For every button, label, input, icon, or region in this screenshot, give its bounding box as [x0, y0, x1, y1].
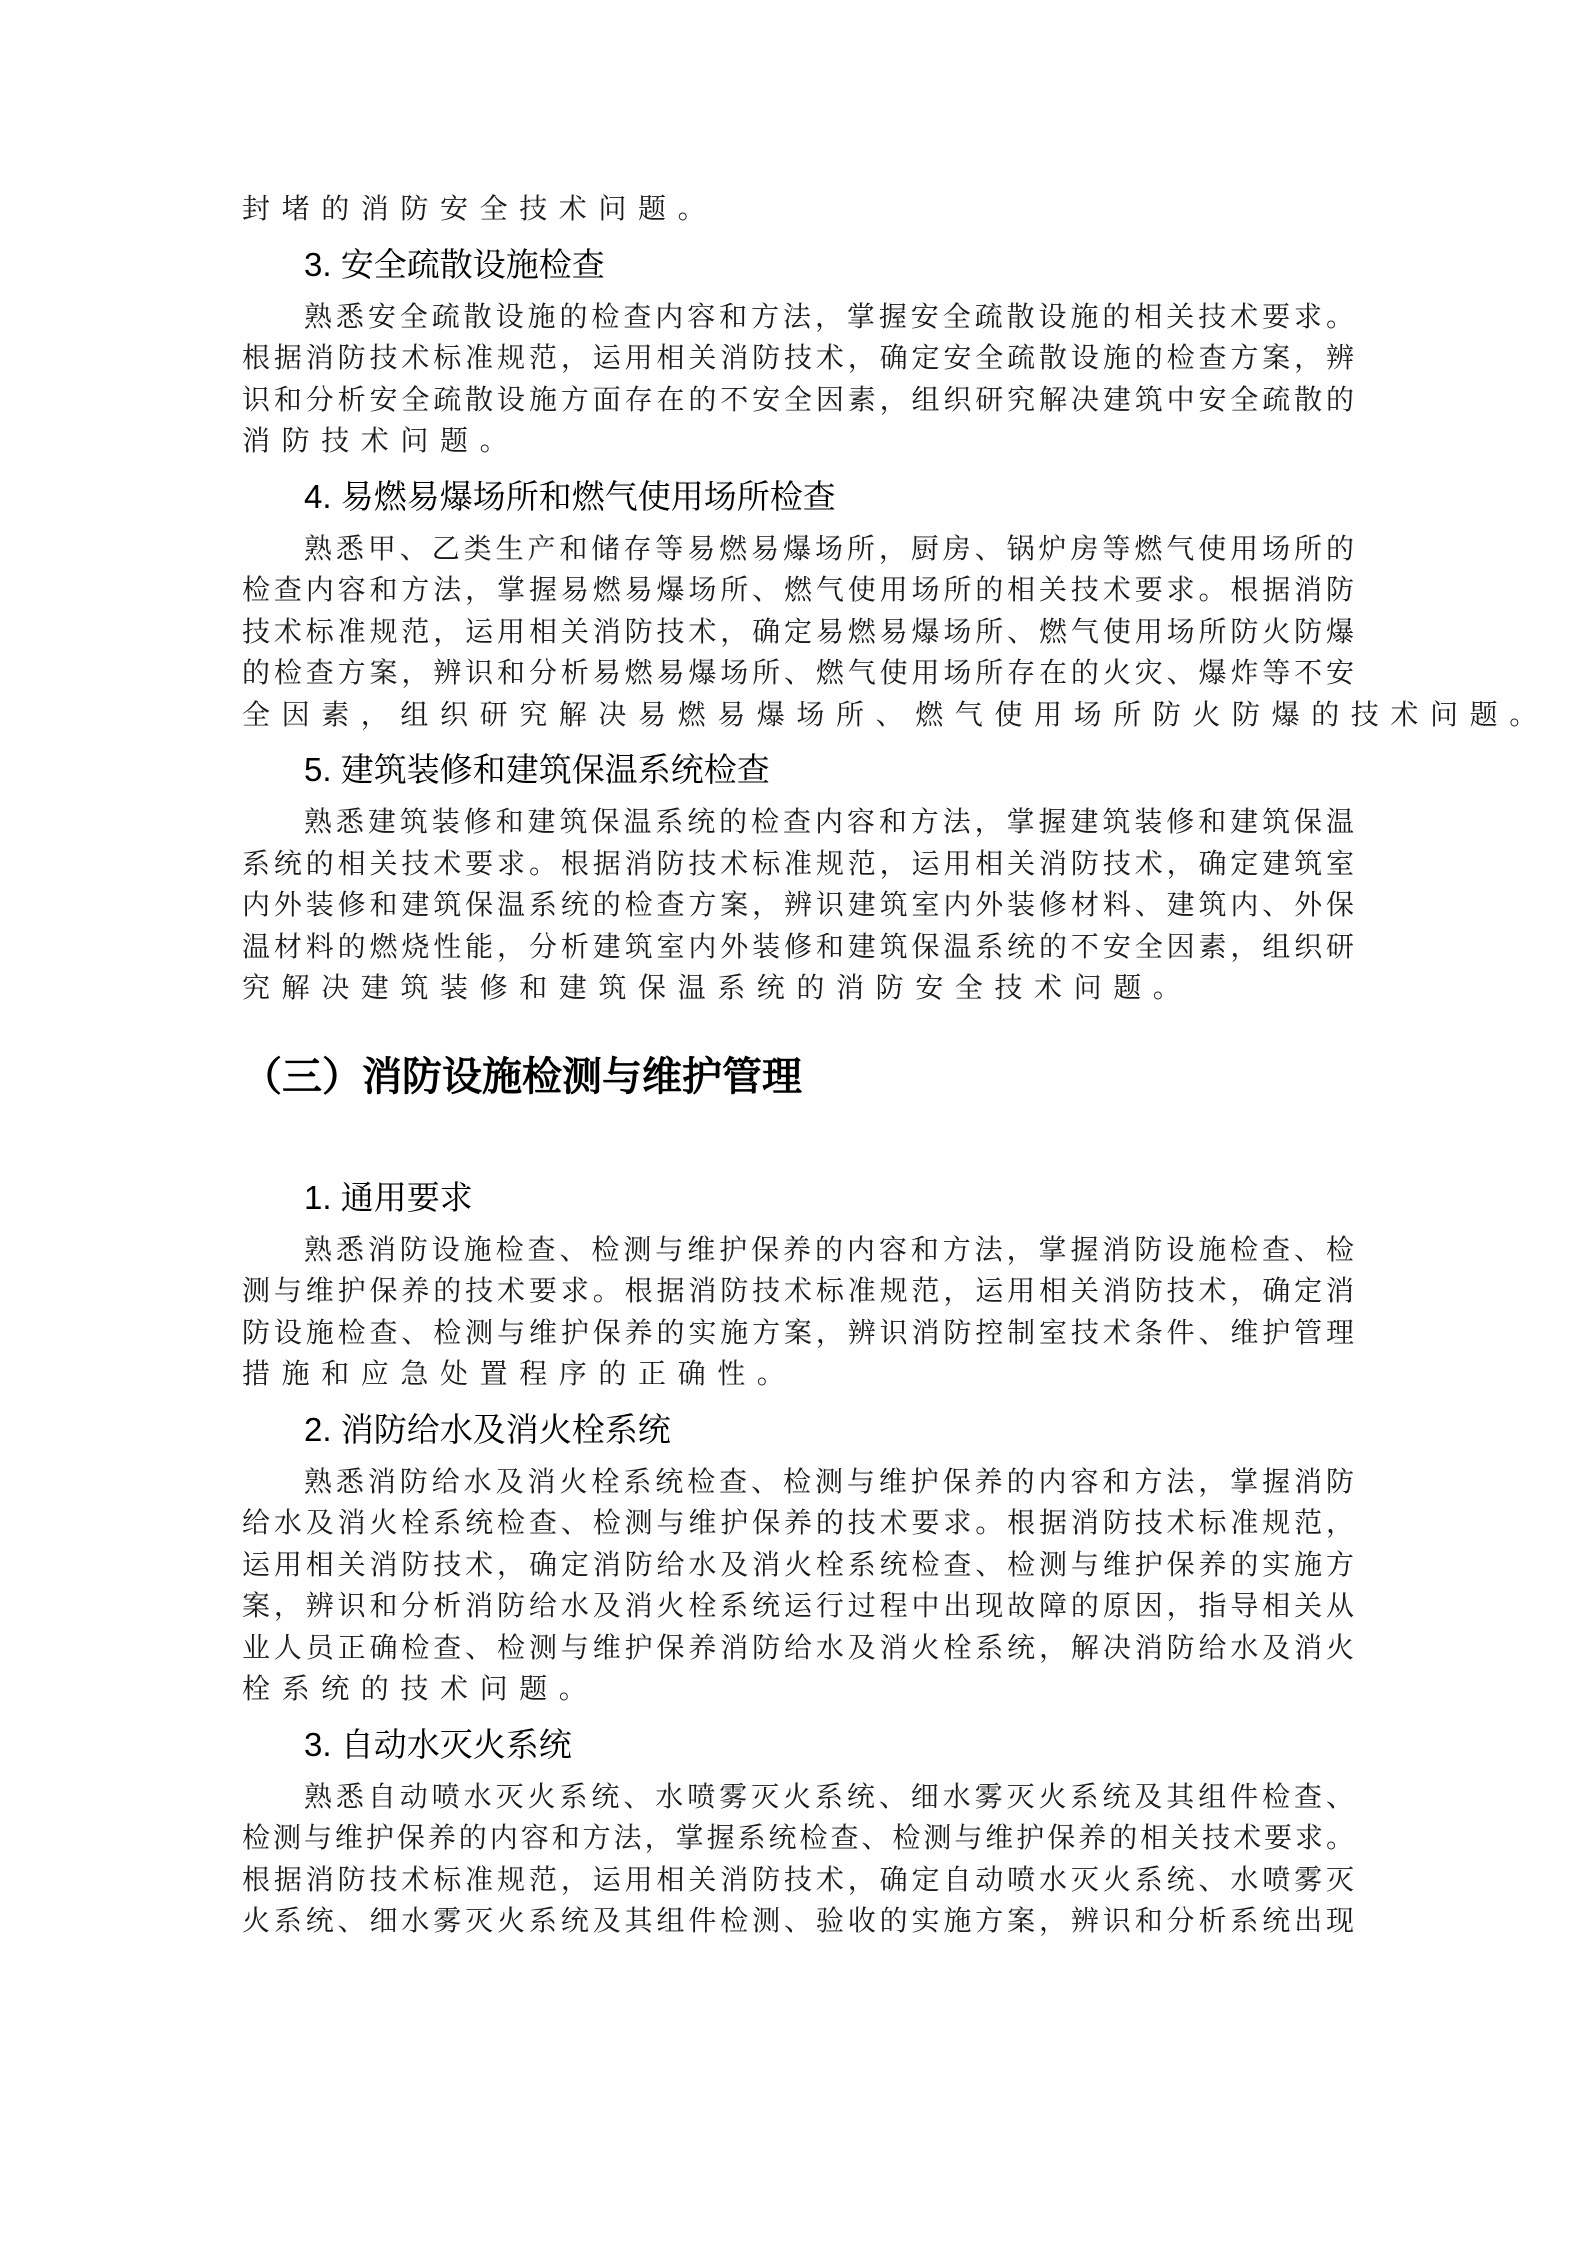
- paragraph-line: 检测与维护保养的内容和方法，掌握系统检查、检测与维护保养的相关技术要求。: [242, 1817, 1354, 1859]
- paragraph-line: 熟悉消防设施检查、检测与维护保养的内容和方法，掌握消防设施检查、检: [242, 1229, 1354, 1271]
- paragraph-line: 运用相关消防技术，确定消防给水及消火栓系统检查、检测与维护保养的实施方: [242, 1544, 1354, 1586]
- subsection-heading: 1. 通用要求: [242, 1175, 1354, 1221]
- paragraph-line: 内外装修和建筑保温系统的检查方案，辨识建筑室内外装修材料、建筑内、外保: [242, 884, 1354, 926]
- spacer: [242, 1105, 1354, 1163]
- body-paragraph: 熟悉安全疏散设施的检查内容和方法，掌握安全疏散设施的相关技术要求。 根据消防技术…: [242, 296, 1354, 462]
- paragraph-line: 消防技术问题。: [242, 420, 1354, 462]
- body-paragraph: 熟悉消防给水及消火栓系统检查、检测与维护保养的内容和方法，掌握消防 给水及消火栓…: [242, 1461, 1354, 1710]
- paragraph-line: 的检查方案，辨识和分析易燃易爆场所、燃气使用场所存在的火灾、爆炸等不安: [242, 652, 1354, 694]
- subsection-heading: 4. 易燃易爆场所和燃气使用场所检查: [242, 474, 1354, 520]
- continuation-paragraph: 封堵的消防安全技术问题。: [242, 188, 1354, 230]
- paragraph-line: 熟悉安全疏散设施的检查内容和方法，掌握安全疏散设施的相关技术要求。: [242, 296, 1354, 338]
- paragraph-line: 测与维护保养的技术要求。根据消防技术标准规范，运用相关消防技术，确定消: [242, 1270, 1354, 1312]
- subsection-heading: 3. 安全疏散设施检查: [242, 242, 1354, 288]
- subsection-heading: 2. 消防给水及消火栓系统: [242, 1407, 1354, 1453]
- paragraph-line: 措施和应急处置程序的正确性。: [242, 1353, 1354, 1395]
- subsection-heading: 5. 建筑装修和建筑保温系统检查: [242, 747, 1354, 793]
- paragraph-line: 根据消防技术标准规范，运用相关消防技术，确定安全疏散设施的检查方案，辨: [242, 337, 1354, 379]
- paragraph-line: 业人员正确检查、检测与维护保养消防给水及消火栓系统，解决消防给水及消火: [242, 1627, 1354, 1669]
- paragraph-line: 栓系统的技术问题。: [242, 1668, 1354, 1710]
- paragraph-line: 案，辨识和分析消防给水及消火栓系统运行过程中出现故障的原因，指导相关从: [242, 1585, 1354, 1627]
- paragraph-line: 根据消防技术标准规范，运用相关消防技术，确定自动喷水灭火系统、水喷雾灭: [242, 1859, 1354, 1901]
- paragraph-line: 给水及消火栓系统检查、检测与维护保养的技术要求。根据消防技术标准规范，: [242, 1502, 1354, 1544]
- paragraph-line: 防设施检查、检测与维护保养的实施方案，辨识消防控制室技术条件、维护管理: [242, 1312, 1354, 1354]
- paragraph-line: 温材料的燃烧性能，分析建筑室内外装修和建筑保温系统的不安全因素，组织研: [242, 926, 1354, 968]
- paragraph-line: 火系统、细水雾灭火系统及其组件检测、验收的实施方案，辨识和分析系统出现: [242, 1900, 1354, 1942]
- paragraph-line: 封堵的消防安全技术问题。: [242, 188, 1354, 230]
- paragraph-line: 熟悉甲、乙类生产和储存等易燃易爆场所，厨房、锅炉房等燃气使用场所的: [242, 528, 1354, 570]
- paragraph-line: 熟悉消防给水及消火栓系统检查、检测与维护保养的内容和方法，掌握消防: [242, 1461, 1354, 1503]
- subsection-heading: 3. 自动水灭火系统: [242, 1722, 1354, 1768]
- body-paragraph: 熟悉甲、乙类生产和储存等易燃易爆场所，厨房、锅炉房等燃气使用场所的 检查内容和方…: [242, 528, 1354, 736]
- paragraph-line: 识和分析安全疏散设施方面存在的不安全因素，组织研究解决建筑中安全疏散的: [242, 379, 1354, 421]
- paragraph-line: 系统的相关技术要求。根据消防技术标准规范，运用相关消防技术，确定建筑室: [242, 843, 1354, 885]
- document-page: 封堵的消防安全技术问题。 3. 安全疏散设施检查 熟悉安全疏散设施的检查内容和方…: [242, 188, 1354, 1942]
- body-paragraph: 熟悉建筑装修和建筑保温系统的检查内容和方法，掌握建筑装修和建筑保温 系统的相关技…: [242, 801, 1354, 1009]
- paragraph-line: 熟悉建筑装修和建筑保温系统的检查内容和方法，掌握建筑装修和建筑保温: [242, 801, 1354, 843]
- body-paragraph: 熟悉自动喷水灭火系统、水喷雾灭火系统、细水雾灭火系统及其组件检查、 检测与维护保…: [242, 1776, 1354, 1942]
- paragraph-line: 检查内容和方法，掌握易燃易爆场所、燃气使用场所的相关技术要求。根据消防: [242, 569, 1354, 611]
- section-heading: （三）消防设施检测与维护管理: [242, 1049, 1354, 1105]
- body-paragraph: 熟悉消防设施检查、检测与维护保养的内容和方法，掌握消防设施检查、检 测与维护保养…: [242, 1229, 1354, 1395]
- paragraph-line: 全因素，组织研究解决易燃易爆场所、燃气使用场所防火防爆的技术问题。: [242, 694, 1354, 736]
- paragraph-line: 技术标准规范，运用相关消防技术，确定易燃易爆场所、燃气使用场所防火防爆: [242, 611, 1354, 653]
- paragraph-line: 究解决建筑装修和建筑保温系统的消防安全技术问题。: [242, 967, 1354, 1009]
- paragraph-line: 熟悉自动喷水灭火系统、水喷雾灭火系统、细水雾灭火系统及其组件检查、: [242, 1776, 1354, 1818]
